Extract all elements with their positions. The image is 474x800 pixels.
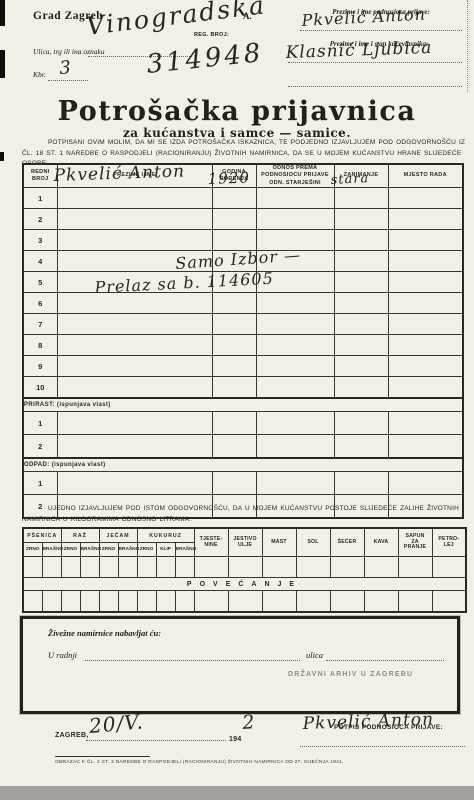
provision-value-cell	[175, 591, 194, 613]
handwritten-row1-name: Pkvelić Anton	[53, 163, 185, 185]
row-number: 6	[23, 293, 57, 314]
handwritten-reg-number: 314948	[145, 40, 264, 78]
shop-street-line	[326, 660, 444, 661]
city-date-label: ZAGREB,	[55, 732, 89, 739]
handwritten-year-digit: 2	[242, 713, 256, 733]
provision-value-cell	[194, 591, 228, 613]
provision-value-cell	[432, 591, 466, 613]
scan-edge-mark	[0, 50, 5, 78]
provision-group-header: JEČAM	[99, 528, 137, 543]
provision-value-cell	[398, 591, 432, 613]
provision-group-header: TJESTE- NINE	[194, 528, 228, 557]
provision-value-cell	[118, 591, 137, 613]
name-cell	[57, 377, 212, 399]
name-cell	[57, 356, 212, 377]
scan-bottom-band	[0, 786, 474, 800]
year-cell	[212, 435, 256, 459]
shop-name-line	[85, 660, 300, 661]
household-row: 3	[23, 230, 463, 251]
relation-cell	[256, 356, 334, 377]
odpad-label-row: ODPAD: (ispunjava vlast)	[23, 458, 463, 472]
name-cell	[57, 209, 212, 230]
scan-edge-mark	[0, 152, 4, 161]
year-cell	[212, 209, 256, 230]
year-cell	[212, 412, 256, 435]
provision-sub-header: KLIP	[156, 543, 175, 557]
provision-sub-header: ZRNO	[23, 543, 42, 557]
workplace-cell	[388, 412, 463, 435]
provision-value-cell	[118, 557, 137, 578]
name-cell	[57, 230, 212, 251]
handwritten-house-number: 3	[59, 59, 73, 78]
household-row: 9	[23, 356, 463, 377]
household-row: 8	[23, 335, 463, 356]
year-cell	[212, 356, 256, 377]
provision-value-cell	[61, 591, 80, 613]
provision-group-header: MAST	[262, 528, 296, 557]
provision-value-cell	[296, 591, 330, 613]
provision-value-cell	[23, 557, 42, 578]
provision-value-cell	[99, 557, 118, 578]
row-number: 1	[23, 412, 57, 435]
occupation-cell	[334, 435, 388, 459]
household-col-header: MJESTO RADA	[388, 164, 463, 188]
provision-sub-header: ZRNO	[61, 543, 80, 557]
year-cell	[212, 314, 256, 335]
name-cell	[57, 335, 212, 356]
provision-group-header: ŠEĆER	[330, 528, 364, 557]
provisions-value-row	[23, 591, 466, 613]
name-cell	[57, 435, 212, 459]
provision-value-cell	[42, 591, 61, 613]
relation-cell	[256, 335, 334, 356]
provision-group-header: SOL	[296, 528, 330, 557]
shop-street-label: ulica	[306, 650, 323, 660]
occupation-cell	[334, 230, 388, 251]
provision-value-cell	[228, 591, 262, 613]
relation-cell	[256, 293, 334, 314]
row-number: 1	[23, 188, 57, 209]
provision-value-cell	[296, 557, 330, 578]
household-row: 2	[23, 209, 463, 230]
household-row: 10	[23, 377, 463, 399]
household-row: 7	[23, 314, 463, 335]
form-title: Potrošačka prijavnica	[0, 96, 474, 127]
occupation-cell	[334, 314, 388, 335]
handwritten-applicant-name: Pkvelić Anton	[301, 7, 426, 29]
provision-group-header: JESTIVO ULJE	[228, 528, 262, 557]
provision-value-cell	[99, 591, 118, 613]
spare-dotted-line	[288, 86, 462, 87]
row-number: 8	[23, 335, 57, 356]
household-row: 6	[23, 293, 463, 314]
declaration-paragraph: UJEDNO IZJAVLJUJEM POD ISTOM ODGOVORNOŠĆ…	[22, 504, 466, 525]
workplace-cell	[388, 251, 463, 272]
workplace-cell	[388, 293, 463, 314]
occupation-cell	[334, 188, 388, 209]
workplace-cell	[388, 272, 463, 293]
handwritten-date: 20/V.	[88, 711, 144, 736]
year-cell	[212, 230, 256, 251]
provision-group-header: PŠENICA	[23, 528, 61, 543]
relation-cell	[256, 209, 334, 230]
name-cell	[57, 314, 212, 335]
relation-cell	[256, 314, 334, 335]
provision-value-cell	[330, 557, 364, 578]
row-number: 4	[23, 251, 57, 272]
relation-cell	[256, 435, 334, 459]
provision-sub-header: ZRNO	[137, 543, 156, 557]
provision-value-cell	[262, 557, 296, 578]
street-label: Ulica, trg ili ina oznaka	[33, 47, 105, 56]
household-col-header: REDNI BROJ	[23, 164, 57, 188]
increase-label: POVEĆANJE	[23, 578, 466, 591]
name-cell	[57, 412, 212, 435]
row-number: 10	[23, 377, 57, 399]
provision-value-cell	[175, 557, 194, 578]
workplace-cell	[388, 356, 463, 377]
prirast-row: 2	[23, 435, 463, 459]
provision-group-header: KUKURUZ	[137, 528, 194, 543]
household-col-header: ODNOS PREMA PODNOSIOCU PRIJAVE ODN. STAR…	[256, 164, 334, 188]
provisions-table: PŠENICARAŽJEČAMKUKURUZTJESTE- NINEJESTIV…	[22, 527, 467, 613]
relation-cell	[256, 472, 334, 495]
workplace-cell	[388, 230, 463, 251]
house-number-line	[48, 80, 88, 81]
year-cell	[212, 293, 256, 314]
supply-intro-label: Živežne namirnice nabavljat ću:	[48, 628, 161, 638]
provision-sub-header: BRAŠNO	[80, 543, 99, 557]
name-cell	[57, 188, 212, 209]
year-cell	[212, 377, 256, 399]
year-prefix: 194	[229, 736, 242, 743]
occupation-cell	[334, 335, 388, 356]
name-cell	[57, 293, 212, 314]
year-cell	[212, 335, 256, 356]
applicant-name-line	[300, 30, 462, 31]
provision-value-cell	[80, 591, 99, 613]
provision-value-cell	[137, 591, 156, 613]
provision-sub-header: BRAŠNO	[175, 543, 194, 557]
reg-number-label: REG. BROJ:	[194, 32, 229, 38]
provision-value-cell	[432, 557, 466, 578]
scan-edge-dots	[467, 0, 468, 92]
name-cell	[57, 472, 212, 495]
row-number: 5	[23, 272, 57, 293]
increase-row: POVEĆANJE	[23, 578, 466, 591]
provision-value-cell	[330, 591, 364, 613]
provision-value-cell	[23, 591, 42, 613]
date-line	[86, 740, 226, 741]
row-number: 3	[23, 230, 57, 251]
row-number: 2	[23, 209, 57, 230]
row-number: 9	[23, 356, 57, 377]
house-number-label: Kbr.	[33, 70, 46, 79]
provision-group-header: RAŽ	[61, 528, 99, 543]
workplace-cell	[388, 188, 463, 209]
year-cell	[212, 472, 256, 495]
shop-label: U radnji	[48, 650, 77, 660]
workplace-cell	[388, 377, 463, 399]
handwritten-row1-occupation: stara	[330, 172, 369, 187]
provision-sub-header: BRAŠNO	[42, 543, 61, 557]
landlord-line	[288, 62, 462, 63]
workplace-cell	[388, 435, 463, 459]
relation-cell	[256, 412, 334, 435]
provision-value-cell	[137, 557, 156, 578]
occupation-cell	[334, 251, 388, 272]
occupation-cell	[334, 377, 388, 399]
provision-group-header: PETRO- LEJ	[432, 528, 466, 557]
row-number: 7	[23, 314, 57, 335]
provision-value-cell	[364, 591, 398, 613]
provision-value-cell	[156, 557, 175, 578]
handwritten-landlord-name: Klasnić Ljubica	[285, 40, 432, 62]
provision-value-cell	[61, 557, 80, 578]
provision-value-cell	[228, 557, 262, 578]
odpad-label: ODPAD: (ispunjava vlast)	[23, 458, 463, 472]
archive-stamp: DRŽAVNI ARHIV U ZAGREBU	[288, 671, 413, 678]
provision-sub-header: BRAŠNO	[118, 543, 137, 557]
provision-group-header: SAPUN ZA PRANJE	[398, 528, 432, 557]
scan-edge-mark	[0, 0, 5, 26]
occupation-cell	[334, 209, 388, 230]
year-cell	[212, 188, 256, 209]
workplace-cell	[388, 209, 463, 230]
provision-value-cell	[80, 557, 99, 578]
odpad-row: 1	[23, 472, 463, 495]
handwritten-signature: Pkvelić Anton	[302, 711, 434, 733]
provision-value-cell	[42, 557, 61, 578]
provision-sub-header: ZRNO	[99, 543, 118, 557]
handwritten-street: Vinogradska	[85, 0, 267, 39]
occupation-cell	[334, 356, 388, 377]
signature-line	[300, 746, 465, 747]
fine-print-rule	[55, 756, 150, 757]
prirast-label: PRIRAST: (ispunjava vlast)	[23, 398, 463, 412]
provisions-value-row	[23, 557, 466, 578]
prirast-row: 1	[23, 412, 463, 435]
relation-cell	[256, 188, 334, 209]
provision-value-cell	[194, 557, 228, 578]
supply-box: Živežne namirnice nabavljat ću: U radnji…	[20, 616, 460, 714]
workplace-cell	[388, 314, 463, 335]
occupation-cell	[334, 412, 388, 435]
workplace-cell	[388, 335, 463, 356]
provision-value-cell	[262, 591, 296, 613]
row-number: 1	[23, 472, 57, 495]
provision-group-header: KAVA	[364, 528, 398, 557]
handwritten-row1-year: 1920	[207, 171, 250, 187]
workplace-cell	[388, 472, 463, 495]
row-number: 2	[23, 435, 57, 459]
prirast-label-row: PRIRAST: (ispunjava vlast)	[23, 398, 463, 412]
household-row: 1	[23, 188, 463, 209]
scanned-form-page: Grad Zagreb A. Prezime i ime podnosioca …	[0, 0, 474, 800]
occupation-cell	[334, 272, 388, 293]
provisions-group-row: PŠENICARAŽJEČAMKUKURUZTJESTE- NINEJESTIV…	[23, 528, 466, 543]
relation-cell	[256, 377, 334, 399]
fine-print: OBRAZAC K ČL. 2 ST. 2 NAREDBE O RASPODJE…	[55, 760, 455, 765]
provision-value-cell	[156, 591, 175, 613]
occupation-cell	[334, 472, 388, 495]
provision-value-cell	[398, 557, 432, 578]
occupation-cell	[334, 293, 388, 314]
provision-value-cell	[364, 557, 398, 578]
household-table: REDNI BROJPREZIME I IMEGODINA ROĐENJAODN…	[22, 163, 464, 519]
